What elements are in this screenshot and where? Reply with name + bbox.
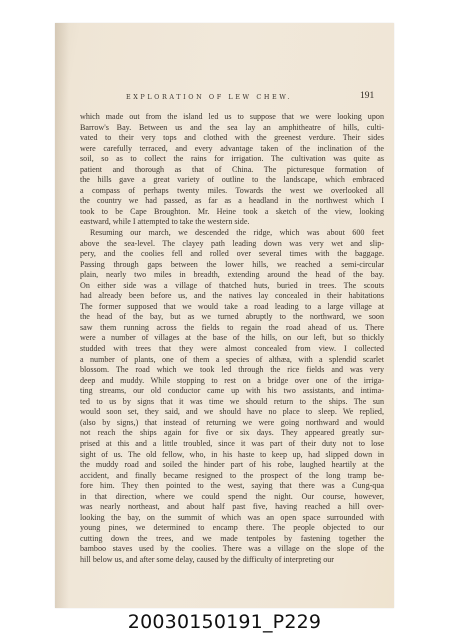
scanned-book-page: EXPLORATION OF LEW CHEW. 191 which made … [55, 23, 394, 608]
text-line: hill below us, and after some delay, cau… [80, 555, 384, 566]
text-line: cutting down the trees, and we made tent… [80, 534, 384, 545]
text-line: eastward, while I attempted to take the … [80, 217, 384, 228]
text-line: vated to their very tops and clothed wit… [80, 133, 384, 144]
text-line: sight of us. The old fellow, who, in his… [80, 450, 384, 461]
text-line: plain, nearly two miles in breadth, exte… [80, 270, 384, 281]
text-line: looking the bay, on the summit of which … [80, 513, 384, 524]
text-line: soil, so as to collect the rains for irr… [80, 154, 384, 165]
text-line: studded with trees that they were almost… [80, 344, 384, 355]
text-line: was nearly northeast, and about half pas… [80, 502, 384, 513]
text-line: Passing through gaps between the lower h… [80, 260, 384, 271]
running-title: EXPLORATION OF LEW CHEW. [126, 93, 292, 101]
text-line: a compass of perhaps twenty miles. Towar… [80, 186, 384, 197]
text-line: deep and muddy. While stopping to rest o… [80, 376, 384, 387]
text-line: fore him. They then pointed to the west,… [80, 481, 384, 492]
text-line: saw them running across the fields to re… [80, 323, 384, 334]
text-line: patient and thorough as that of China. T… [80, 165, 384, 176]
image-caption: 20030150191_P229 [0, 611, 449, 633]
text-line: had already been before us, and the nati… [80, 291, 384, 302]
text-line: the hills gave a great variety of outlin… [80, 175, 384, 186]
text-line: which made out from the island led us to… [80, 112, 384, 123]
text-line: bamboo staves used by the coolies. There… [80, 544, 384, 555]
text-line: in that direction, where we could spend … [80, 492, 384, 503]
text-line: Barrow's Bay. Between us and the sea lay… [80, 123, 384, 134]
text-line: took to be Cape Broughton. Mr. Heine too… [80, 207, 384, 218]
text-line: above the sea-level. The clayey path lea… [80, 239, 384, 250]
text-line: On either side was a village of thatched… [80, 281, 384, 292]
text-line: the head of the bay, but as we turned ab… [80, 312, 384, 323]
text-line: ted to us by signs that it was time we s… [80, 397, 384, 408]
text-line: accident, and finally became resigned to… [80, 471, 384, 482]
text-line: ting streams, our old conductor came up … [80, 386, 384, 397]
text-line: (also by signs,) that instead of returni… [80, 418, 384, 429]
text-line: were a number of villages at the base of… [80, 333, 384, 344]
text-line: the muddy road and soiled the hinder par… [80, 460, 384, 471]
text-line: a number of plants, one of them a specie… [80, 355, 384, 366]
text-line: were carefully terraced, and every advan… [80, 144, 384, 155]
text-line: the country we had passed, as far as a h… [80, 196, 384, 207]
body-text: which made out from the island led us to… [80, 112, 384, 566]
text-line: pery, and the coolies fell and rolled ov… [80, 249, 384, 260]
text-line: not reach the ships again for five or si… [80, 428, 384, 439]
text-line: The former supposed that we would take a… [80, 302, 384, 313]
text-line: prised at this and a little troubled, si… [80, 439, 384, 450]
text-line: Resuming our march, we descended the rid… [80, 228, 384, 239]
text-line: young pines, we determined to encamp the… [80, 523, 384, 534]
page-number: 191 [360, 91, 374, 101]
page-header: EXPLORATION OF LEW CHEW. 191 [55, 93, 394, 105]
text-line: blossom. The road which we took led thro… [80, 365, 384, 376]
text-line: would soon set, they said, and we should… [80, 407, 384, 418]
